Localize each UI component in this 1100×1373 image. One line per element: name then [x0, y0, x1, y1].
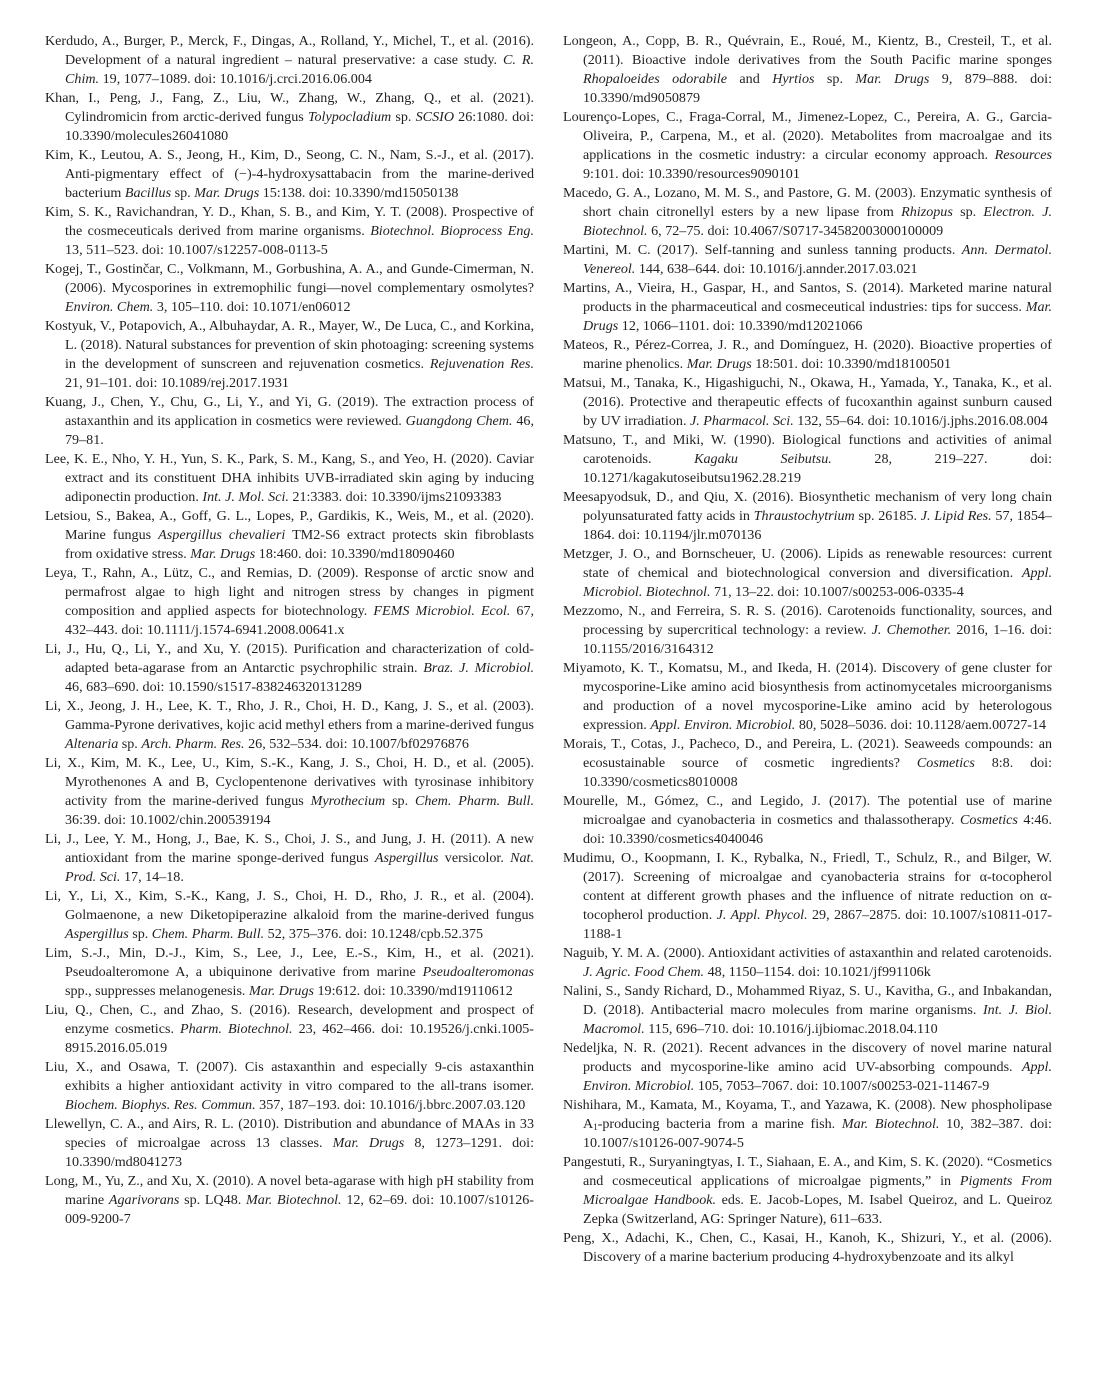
reference-journal-or-species: Chem. Pharm. Bull. — [415, 793, 534, 809]
reference-journal-or-species: J. Appl. Phycol. — [717, 907, 808, 923]
reference-text: 3, 105–110. doi: 10.1071/en06012 — [153, 299, 350, 315]
reference-entry: Longeon, A., Copp, B. R., Quévrain, E., … — [563, 32, 1052, 108]
reference-journal-or-species: Guangdong Chem. — [406, 413, 513, 429]
reference-entry: Letsiou, S., Bakea, A., Goff, G. L., Lop… — [45, 507, 534, 564]
reference-text: 115, 696–710. doi: 10.1016/j.ijbiomac.20… — [645, 1021, 938, 1037]
reference-journal-or-species: Myrothecium — [311, 793, 386, 809]
reference-text: sp. — [129, 926, 152, 942]
reference-text: Martins, A., Vieira, H., Gaspar, H., and… — [563, 280, 1052, 315]
reference-text: sp. — [814, 71, 855, 87]
reference-column-right: Longeon, A., Copp, B. R., Quévrain, E., … — [563, 32, 1052, 1267]
reference-journal-or-species: Aspergillus chevalieri — [158, 527, 285, 543]
reference-entry: Mateos, R., Pérez-Correa, J. R., and Dom… — [563, 336, 1052, 374]
reference-entry: Nedeljka, N. R. (2021). Recent advances … — [563, 1039, 1052, 1096]
reference-journal-or-species: Bacillus — [125, 185, 171, 201]
reference-journal-or-species: Tolypocladium — [308, 109, 391, 125]
reference-entry: Peng, X., Adachi, K., Chen, C., Kasai, H… — [563, 1229, 1052, 1267]
reference-journal-or-species: Resources — [995, 147, 1052, 163]
reference-journal-or-species: Mar. Biotechnol. — [842, 1116, 940, 1132]
reference-journal-or-species: Mar. Drugs — [687, 356, 752, 372]
reference-text: Nedeljka, N. R. (2021). Recent advances … — [563, 1040, 1052, 1075]
reference-entry: Mudimu, O., Koopmann, I. K., Rybalka, N.… — [563, 849, 1052, 944]
reference-text: 9:101. doi: 10.3390/resources9090101 — [583, 166, 800, 182]
reference-text: Li, Y., Li, X., Kim, S.-K., Kang, J. S.,… — [45, 888, 534, 923]
reference-text: Liu, X., and Osawa, T. (2007). Cis astax… — [45, 1059, 534, 1094]
reference-entry: Liu, Q., Chen, C., and Zhao, S. (2016). … — [45, 1001, 534, 1058]
reference-entry: Pangestuti, R., Suryaningtyas, I. T., Si… — [563, 1153, 1052, 1229]
reference-journal-or-species: J. Pharmacol. Sci. — [690, 413, 794, 429]
reference-entry: Nishihara, M., Kamata, M., Koyama, T., a… — [563, 1096, 1052, 1153]
reference-journal-or-species: FEMS Microbiol. Ecol. — [373, 603, 510, 619]
reference-text: 17, 14–18. — [120, 869, 183, 885]
reference-entry: Kim, S. K., Ravichandran, Y. D., Khan, S… — [45, 203, 534, 260]
reference-text: 18:501. doi: 10.3390/md18100501 — [752, 356, 951, 372]
reference-text: sp. — [171, 185, 194, 201]
reference-entry: Morais, T., Cotas, J., Pacheco, D., and … — [563, 735, 1052, 792]
reference-text: 6, 72–75. doi: 10.4067/S0717-34582003000… — [648, 223, 944, 239]
reference-text: Naguib, Y. M. A. (2000). Antioxidant act… — [563, 945, 1052, 961]
reference-entry: Naguib, Y. M. A. (2000). Antioxidant act… — [563, 944, 1052, 982]
reference-entry: Long, M., Yu, Z., and Xu, X. (2010). A n… — [45, 1172, 534, 1229]
reference-journal-or-species: J. Chemother. — [872, 622, 952, 638]
reference-journal-or-species: Cosmetics — [917, 755, 975, 771]
reference-journal-or-species: SCSIO — [416, 109, 454, 125]
reference-text: Longeon, A., Copp, B. R., Quévrain, E., … — [563, 33, 1052, 68]
reference-entry: Mezzomo, N., and Ferreira, S. R. S. (201… — [563, 602, 1052, 659]
reference-journal-or-species: Kagaku Seibutsu. — [694, 451, 832, 467]
reference-entry: Li, X., Kim, M. K., Lee, U., Kim, S.-K.,… — [45, 754, 534, 830]
reference-text: Kerdudo, A., Burger, P., Merck, F., Ding… — [45, 33, 534, 68]
reference-entry: Llewellyn, C. A., and Airs, R. L. (2010)… — [45, 1115, 534, 1172]
reference-journal-or-species: J. Agric. Food Chem. — [583, 964, 704, 980]
reference-journal-or-species: Aspergillus — [65, 926, 129, 942]
reference-text: sp. 26185. — [855, 508, 921, 524]
reference-text: 144, 638–644. doi: 10.1016/j.annder.2017… — [635, 261, 917, 277]
reference-journal-or-species: Braz. J. Microbiol. — [423, 660, 534, 676]
reference-entry: Liu, X., and Osawa, T. (2007). Cis astax… — [45, 1058, 534, 1115]
reference-text: 48, 1150–1154. doi: 10.1021/jf991106k — [704, 964, 931, 980]
reference-entry: Lee, K. E., Nho, Y. H., Yun, S. K., Park… — [45, 450, 534, 507]
reference-text: 46, 683–690. doi: 10.1590/s1517-83824632… — [65, 679, 362, 695]
reference-text: sp. — [385, 793, 415, 809]
reference-journal-or-species: Pseudoalteromonas — [423, 964, 534, 980]
reference-entry: Khan, I., Peng, J., Fang, Z., Liu, W., Z… — [45, 89, 534, 146]
reference-text: 21:3383. doi: 10.3390/ijms21093383 — [289, 489, 502, 505]
reference-entry: Kogej, T., Gostinčar, C., Volkmann, M., … — [45, 260, 534, 317]
reference-text: 71, 13–22. doi: 10.1007/s00253-006-0335-… — [710, 584, 963, 600]
reference-entry: Macedo, G. A., Lozano, M. M. S., and Pas… — [563, 184, 1052, 241]
reference-text: 105, 7053–7067. doi: 10.1007/s00253-021-… — [694, 1078, 989, 1094]
reference-entry: Martini, M. C. (2017). Self-tanning and … — [563, 241, 1052, 279]
reference-journal-or-species: Aspergillus — [375, 850, 439, 866]
reference-text: 21, 91–101. doi: 10.1089/rej.2017.1931 — [65, 375, 289, 391]
reference-text: 15:138. doi: 10.3390/md15050138 — [259, 185, 458, 201]
reference-journal-or-species: Mar. Drugs — [194, 185, 259, 201]
reference-text: Nalini, S., Sandy Richard, D., Mohammed … — [563, 983, 1052, 1018]
reference-entry: Matsui, M., Tanaka, K., Higashiguchi, N.… — [563, 374, 1052, 431]
reference-journal-or-species: Rejuvenation Res. — [430, 356, 534, 372]
reference-entry: Lim, S.-J., Min, D.-J., Kim, S., Lee, J.… — [45, 944, 534, 1001]
reference-text: Metzger, J. O., and Bornscheuer, U. (200… — [563, 546, 1052, 581]
reference-page: Kerdudo, A., Burger, P., Merck, F., Ding… — [0, 0, 1100, 1373]
reference-journal-or-species: J. Lipid Res. — [921, 508, 992, 524]
reference-text: spp., suppresses melanogenesis. — [65, 983, 249, 999]
reference-journal-or-species: Chem. Pharm. Bull. — [152, 926, 264, 942]
reference-entry: Mourelle, M., Gómez, C., and Legido, J. … — [563, 792, 1052, 849]
reference-text: sp. LQ48. — [179, 1192, 246, 1208]
reference-journal-or-species: Arch. Pharm. Res. — [141, 736, 244, 752]
reference-entry: Metzger, J. O., and Bornscheuer, U. (200… — [563, 545, 1052, 602]
reference-text: 132, 55–64. doi: 10.1016/j.jphs.2016.08.… — [794, 413, 1048, 429]
reference-entry: Li, J., Lee, Y. M., Hong, J., Bae, K. S.… — [45, 830, 534, 887]
reference-text: 52, 375–376. doi: 10.1248/cpb.52.375 — [264, 926, 483, 942]
reference-text: 13, 511–523. doi: 10.1007/s12257-008-011… — [65, 242, 328, 258]
reference-journal-or-species: Hyrtios — [772, 71, 814, 87]
reference-journal-or-species: Mar. Biotechnol. — [246, 1192, 342, 1208]
reference-text: 19:612. doi: 10.3390/md19110612 — [314, 983, 513, 999]
reference-entry: Matsuno, T., and Miki, W. (1990). Biolog… — [563, 431, 1052, 488]
reference-entry: Nalini, S., Sandy Richard, D., Mohammed … — [563, 982, 1052, 1039]
reference-text: 36:39. doi: 10.1002/chin.200539194 — [65, 812, 271, 828]
reference-text: sp. — [953, 204, 984, 220]
reference-text: sp. — [118, 736, 141, 752]
reference-text: -producing bacteria from a marine fish. — [598, 1116, 842, 1132]
reference-journal-or-species: Agarivorans — [109, 1192, 179, 1208]
reference-journal-or-species: Biochem. Biophys. Res. Commun. — [65, 1097, 256, 1113]
reference-journal-or-species: Appl. Environ. Microbiol. — [650, 717, 795, 733]
reference-journal-or-species: Mar. Drugs — [333, 1135, 405, 1151]
reference-text: 80, 5028–5036. doi: 10.1128/aem.00727-14 — [795, 717, 1046, 733]
reference-journal-or-species: Mar. Drugs — [249, 983, 314, 999]
reference-journal-or-species: Mar. Drugs — [190, 546, 255, 562]
reference-text: 357, 187–193. doi: 10.1016/j.bbrc.2007.0… — [256, 1097, 526, 1113]
reference-journal-or-species: Cosmetics — [960, 812, 1018, 828]
reference-text: versicolor. — [439, 850, 511, 866]
reference-journal-or-species: Mar. Drugs — [855, 71, 929, 87]
reference-entry: Li, X., Jeong, J. H., Lee, K. T., Rho, J… — [45, 697, 534, 754]
reference-text: Kogej, T., Gostinčar, C., Volkmann, M., … — [45, 261, 534, 296]
reference-journal-or-species: Biotechnol. Bioprocess Eng. — [370, 223, 534, 239]
reference-entry: Kim, K., Leutou, A. S., Jeong, H., Kim, … — [45, 146, 534, 203]
reference-entry: Li, Y., Li, X., Kim, S.-K., Kang, J. S.,… — [45, 887, 534, 944]
reference-entry: Meesapyodsuk, D., and Qiu, X. (2016). Bi… — [563, 488, 1052, 545]
reference-text: Li, X., Jeong, J. H., Lee, K. T., Rho, J… — [45, 698, 534, 733]
reference-text: sp. — [391, 109, 415, 125]
reference-entry: Kostyuk, V., Potapovich, A., Albuhaydar,… — [45, 317, 534, 393]
reference-journal-or-species: Rhizopus — [901, 204, 953, 220]
reference-entry: Miyamoto, K. T., Komatsu, M., and Ikeda,… — [563, 659, 1052, 735]
reference-entry: Leya, T., Rahn, A., Lütz, C., and Remias… — [45, 564, 534, 640]
reference-entry: Lourenço-Lopes, C., Fraga-Corral, M., Ji… — [563, 108, 1052, 184]
reference-entry: Li, J., Hu, Q., Li, Y., and Xu, Y. (2015… — [45, 640, 534, 697]
reference-text: 19, 1077–1089. doi: 10.1016/j.crci.2016.… — [99, 71, 372, 87]
reference-text: Lourenço-Lopes, C., Fraga-Corral, M., Ji… — [563, 109, 1052, 163]
reference-text: 18:460. doi: 10.3390/md18090460 — [255, 546, 454, 562]
reference-journal-or-species: Int. J. Mol. Sci. — [202, 489, 289, 505]
reference-journal-or-species: Pharm. Biotechnol. — [180, 1021, 293, 1037]
reference-text: Martini, M. C. (2017). Self-tanning and … — [563, 242, 962, 258]
reference-journal-or-species: Thraustochytrium — [754, 508, 855, 524]
reference-text: 12, 1066–1101. doi: 10.3390/md12021066 — [618, 318, 862, 334]
reference-column-left: Kerdudo, A., Burger, P., Merck, F., Ding… — [45, 32, 534, 1229]
reference-entry: Martins, A., Vieira, H., Gaspar, H., and… — [563, 279, 1052, 336]
reference-text: and — [727, 71, 772, 87]
reference-journal-or-species: Altenaria — [65, 736, 118, 752]
reference-entry: Kerdudo, A., Burger, P., Merck, F., Ding… — [45, 32, 534, 89]
reference-text: 26, 532–534. doi: 10.1007/bf02976876 — [245, 736, 469, 752]
reference-journal-or-species: Rhopaloeides odorabile — [583, 71, 727, 87]
reference-journal-or-species: Environ. Chem. — [65, 299, 153, 315]
reference-text: Peng, X., Adachi, K., Chen, C., Kasai, H… — [563, 1230, 1052, 1265]
reference-entry: Kuang, J., Chen, Y., Chu, G., Li, Y., an… — [45, 393, 534, 450]
